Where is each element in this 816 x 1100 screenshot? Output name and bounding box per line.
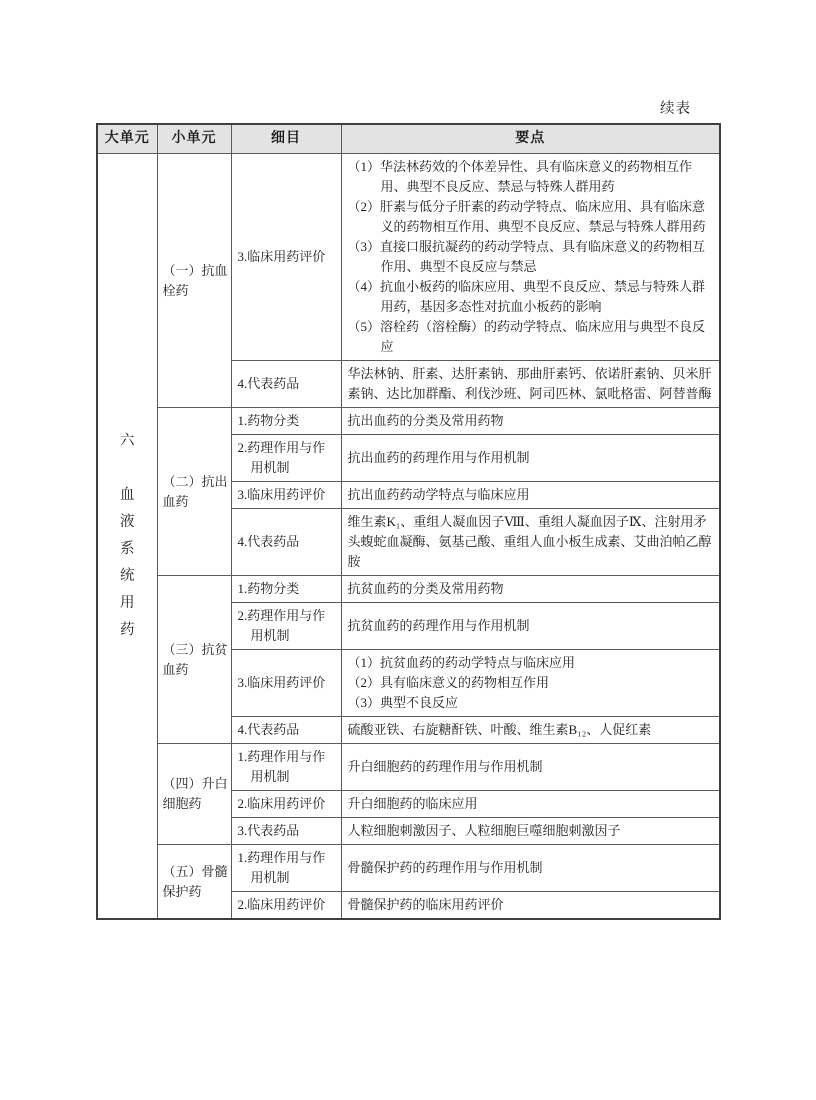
key-points-cell: 骨髓保护药的临床用药评价 xyxy=(341,892,720,920)
key-point: 维生素K₁、重组人凝血因子Ⅷ、重组人凝血因子Ⅸ、注射用矛头蝮蛇血凝酶、氨基己酸、… xyxy=(348,512,714,572)
key-point: 抗出血药的药理作用与作用机制 xyxy=(348,448,714,468)
key-points-cell: 抗贫血药的分类及常用药物 xyxy=(341,576,720,603)
key-point: 升白细胞药的临床应用 xyxy=(348,794,714,814)
key-points-cell: 华法林钠、肝素、达肝素钠、那曲肝素钙、依诺肝素钠、贝米肝素钠、达比加群酯、利伐沙… xyxy=(341,361,720,408)
key-point: （3）直接口服抗凝药的药动学特点、具有临床意义的药物相互作用、典型不良反应与禁忌 xyxy=(348,237,714,277)
detail-cell: 1.药理作用与作用机制 xyxy=(231,744,341,791)
detail-cell: 1.药理作用与作用机制 xyxy=(231,845,341,892)
key-point: （1）抗贫血药的药动学特点与临床应用 xyxy=(348,653,714,673)
key-points-cell: 抗出血药的分类及常用药物 xyxy=(341,408,720,435)
detail-cell: 2.药理作用与作用机制 xyxy=(231,435,341,482)
detail-cell: 4.代表药品 xyxy=(231,361,341,408)
detail-cell: 2.临床用药评价 xyxy=(231,791,341,818)
key-point: 抗出血药的分类及常用药物 xyxy=(348,411,714,431)
key-point: 抗贫血药的分类及常用药物 xyxy=(348,579,714,599)
minor-unit-cell: （四）升白细胞药 xyxy=(157,744,231,845)
key-point: 抗出血药药动学特点与临床应用 xyxy=(348,485,714,505)
syllabus-table: 大单元 小单元 细目 要点 六 血 液 系 统 用 药 （一）抗血栓药 3.临床… xyxy=(96,123,721,920)
key-points-cell: （1）华法林药效的个体差异性、具有临床意义的药物相互作用、典型不良反应、禁忌与特… xyxy=(341,154,720,361)
detail-cell: 3.代表药品 xyxy=(231,818,341,845)
key-points-cell: 骨髓保护药的药理作用与作用机制 xyxy=(341,845,720,892)
table-row: （二）抗出血药 1.药物分类 抗出血药的分类及常用药物 xyxy=(97,408,720,435)
minor-unit-cell: （一）抗血栓药 xyxy=(157,154,231,408)
table-row: 六 血 液 系 统 用 药 （一）抗血栓药 3.临床用药评价 （1）华法林药效的… xyxy=(97,154,720,361)
document-page: 续表 大单元 小单元 细目 要点 六 血 液 系 统 用 药 （一）抗血栓药 3… xyxy=(0,0,816,1100)
minor-unit-cell: （三）抗贫血药 xyxy=(157,576,231,744)
key-points-cell: 人粒细胞刺激因子、人粒细胞巨噬细胞刺激因子 xyxy=(341,818,720,845)
detail-cell: 4.代表药品 xyxy=(231,509,341,576)
key-points-cell: 升白细胞药的药理作用与作用机制 xyxy=(341,744,720,791)
detail-cell: 1.药物分类 xyxy=(231,576,341,603)
key-points-cell: 抗贫血药的药理作用与作用机制 xyxy=(341,603,720,650)
key-points-cell: 抗出血药的药理作用与作用机制 xyxy=(341,435,720,482)
detail-cell: 3.临床用药评价 xyxy=(231,650,341,717)
detail-cell: 2.临床用药评价 xyxy=(231,892,341,920)
key-point: 抗贫血药的药理作用与作用机制 xyxy=(348,616,714,636)
continued-table-label: 续表 xyxy=(96,100,719,118)
key-point: （4）抗血小板药的临床应用、典型不良反应、禁忌与特殊人群用药，基因多态性对抗血小… xyxy=(348,277,714,317)
key-point: （2）肝素与低分子肝素的药动学特点、临床应用、具有临床意义的药物相互作用、典型不… xyxy=(348,197,714,237)
key-point: 人粒细胞刺激因子、人粒细胞巨噬细胞刺激因子 xyxy=(348,821,714,841)
detail-cell: 3.临床用药评价 xyxy=(231,154,341,361)
header-row: 大单元 小单元 细目 要点 xyxy=(97,124,720,154)
col-header-detail: 细目 xyxy=(231,124,341,154)
key-point: （3）典型不良反应 xyxy=(348,693,714,713)
table-row: （五）骨髓保护药 1.药理作用与作用机制 骨髓保护药的药理作用与作用机制 xyxy=(97,845,720,892)
key-point: 华法林钠、肝素、达肝素钠、那曲肝素钙、依诺肝素钠、贝米肝素钠、达比加群酯、利伐沙… xyxy=(348,364,714,404)
col-header-key-points: 要点 xyxy=(341,124,720,154)
table-row: （三）抗贫血药 1.药物分类 抗贫血药的分类及常用药物 xyxy=(97,576,720,603)
col-header-minor-unit: 小单元 xyxy=(157,124,231,154)
key-point: 硫酸亚铁、右旋糖酐铁、叶酸、维生素B₁₂、人促红素 xyxy=(348,720,714,740)
key-points-cell: 硫酸亚铁、右旋糖酐铁、叶酸、维生素B₁₂、人促红素 xyxy=(341,717,720,744)
minor-unit-cell: （五）骨髓保护药 xyxy=(157,845,231,920)
key-point: （1）华法林药效的个体差异性、具有临床意义的药物相互作用、典型不良反应、禁忌与特… xyxy=(348,157,714,197)
detail-cell: 3.临床用药评价 xyxy=(231,482,341,509)
key-points-cell: 维生素K₁、重组人凝血因子Ⅷ、重组人凝血因子Ⅸ、注射用矛头蝮蛇血凝酶、氨基己酸、… xyxy=(341,509,720,576)
key-point: 骨髓保护药的药理作用与作用机制 xyxy=(348,858,714,878)
detail-cell: 4.代表药品 xyxy=(231,717,341,744)
key-point: （5）溶栓药（溶栓酶）的药动学特点、临床应用与典型不良反应 xyxy=(348,317,714,357)
key-points-cell: 抗出血药药动学特点与临床应用 xyxy=(341,482,720,509)
key-point: 骨髓保护药的临床用药评价 xyxy=(348,895,714,915)
major-unit-cell: 六 血 液 系 统 用 药 xyxy=(97,154,157,920)
minor-unit-cell: （二）抗出血药 xyxy=(157,408,231,576)
key-point: （2）具有临床意义的药物相互作用 xyxy=(348,673,714,693)
key-points-cell: （1）抗贫血药的药动学特点与临床应用 （2）具有临床意义的药物相互作用 （3）典… xyxy=(341,650,720,717)
key-points-cell: 升白细胞药的临床应用 xyxy=(341,791,720,818)
table-row: （四）升白细胞药 1.药理作用与作用机制 升白细胞药的药理作用与作用机制 xyxy=(97,744,720,791)
detail-cell: 1.药物分类 xyxy=(231,408,341,435)
detail-cell: 2.药理作用与作用机制 xyxy=(231,603,341,650)
col-header-major-unit: 大单元 xyxy=(97,124,157,154)
key-point: 升白细胞药的药理作用与作用机制 xyxy=(348,757,714,777)
